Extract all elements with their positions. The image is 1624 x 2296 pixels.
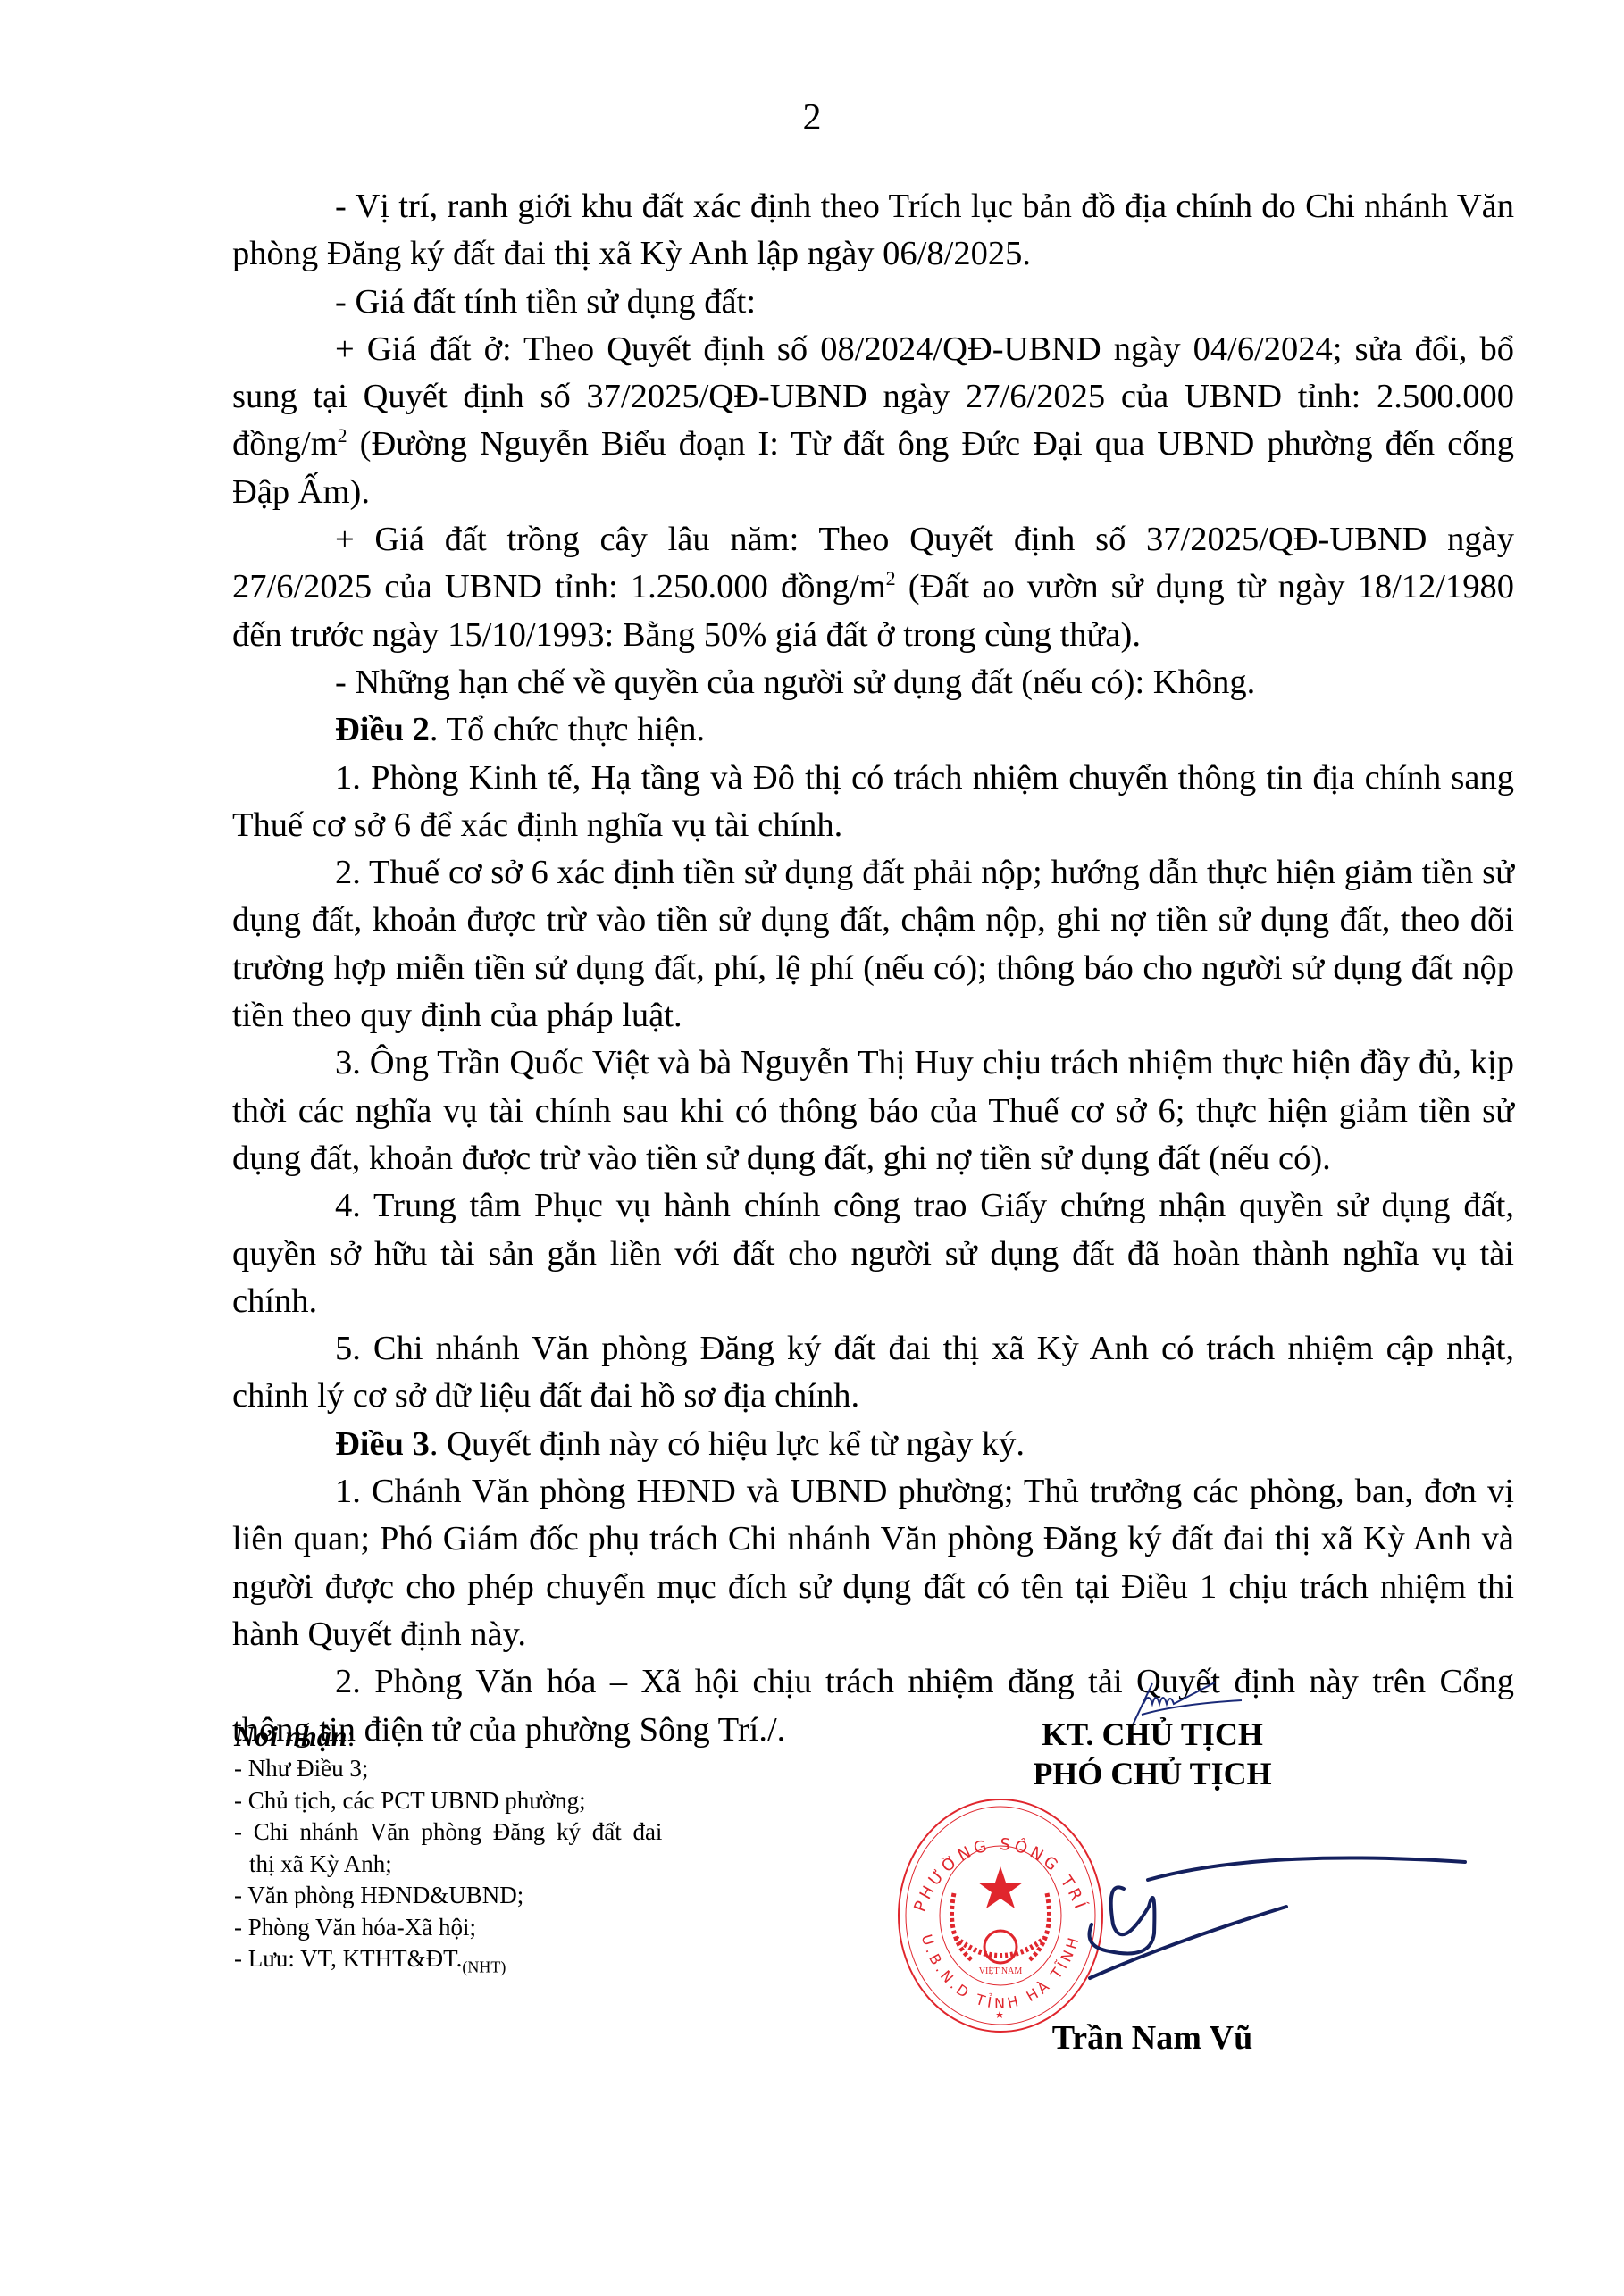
recipients-heading: Nơi nhận	[234, 1720, 347, 1752]
handwritten-signature-icon	[1036, 1853, 1483, 1987]
paragraph: 4. Trung tâm Phục vụ hành chính công tra…	[232, 1182, 1514, 1325]
page-number: 2	[0, 96, 1624, 139]
signature-title: KT. CHỦ TỊCH PHÓ CHỦ TỊCH	[893, 1715, 1411, 1793]
signer-name: Trần Nam Vũ	[893, 2018, 1411, 2058]
recipient-item: - Văn phòng HĐND&UBND;	[234, 1880, 770, 1912]
recipient-item: - Như Điều 3;	[234, 1753, 770, 1785]
paragraph: 1. Phòng Kinh tế, Hạ tầng và Đô thị có t…	[232, 755, 1514, 850]
article-heading: Điều 3. Quyết định này có hiệu lực kể từ…	[232, 1421, 1514, 1468]
drafter-initials: (NHT)	[462, 1958, 506, 1975]
recipient-item: - Chủ tịch, các PCT UBND phường;	[234, 1785, 770, 1817]
paragraph: 3. Ông Trần Quốc Việt và bà Nguyễn Thị H…	[232, 1039, 1514, 1182]
recipient-item: - Chi nhánh Văn phòng Đăng ký đất đai	[234, 1816, 770, 1849]
paragraph: - Những hạn chế về quyền của người sử dụ…	[232, 659, 1514, 706]
paragraph: 5. Chi nhánh Văn phòng Đăng ký đất đai t…	[232, 1325, 1514, 1421]
article-heading: Điều 2. Tổ chức thực hiện.	[232, 706, 1514, 754]
recipient-item: thị xã Kỳ Anh;	[234, 1849, 770, 1881]
paragraph: - Giá đất tính tiền sử dụng đất:	[232, 279, 1514, 326]
paragraph: 2. Thuế cơ sở 6 xác định tiền sử dụng đấ…	[232, 849, 1514, 1039]
paragraph: 1. Chánh Văn phòng HĐND và UBND phường; …	[232, 1468, 1514, 1658]
paragraph: + Giá đất ở: Theo Quyết định số 08/2024/…	[232, 326, 1514, 516]
recipient-item: - Lưu: VT, KTHT&ĐT.	[234, 1945, 462, 1972]
recipients-list: Nơi nhận: - Như Điều 3; - Chủ tịch, các …	[234, 1719, 770, 1983]
recipient-item: - Phòng Văn hóa-Xã hội;	[234, 1912, 770, 1944]
paragraph: + Giá đất trồng cây lâu năm: Theo Quyết …	[232, 516, 1514, 659]
svg-text:VIỆT NAM: VIỆT NAM	[979, 1966, 1023, 1976]
document-body: - Vị trí, ranh giới khu đất xác định the…	[232, 183, 1514, 1754]
paragraph: - Vị trí, ranh giới khu đất xác định the…	[232, 183, 1514, 279]
